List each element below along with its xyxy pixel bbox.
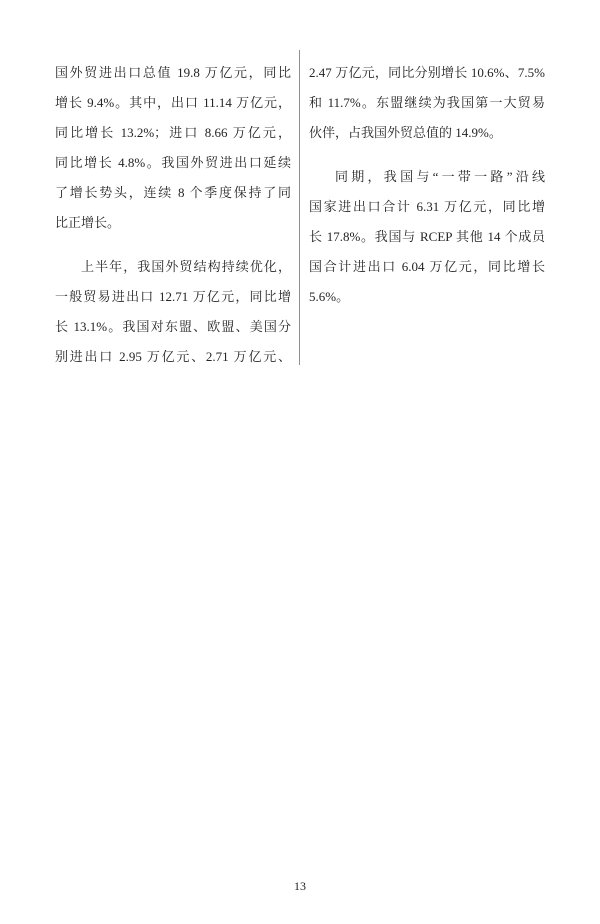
text-line: 和 11.7%。东盟继续为我国第一大贸易: [309, 88, 545, 118]
text-line: 增长 9.4%。其中，出口 11.14 万亿元，: [55, 88, 291, 118]
text-line: 2.47 万亿元，同比分别增长 10.6%、7.5%: [309, 58, 545, 88]
document-page: 国外贸进出口总值 19.8 万亿元，同比增长 9.4%。其中，出口 11.14 …: [0, 0, 600, 924]
text-line: 一般贸易进出口 12.71 万亿元，同比增: [55, 282, 291, 312]
text-line: 同比增长 13.2%；进口 8.66 万亿元，: [55, 118, 291, 148]
text-line: 了增长势头，连续 8 个季度保持了同: [55, 178, 291, 208]
text-line: 别进出口 2.95 万亿元、2.71 万亿元、: [55, 342, 291, 372]
text-line: 伙伴，占我国外贸总值的 14.9%。: [309, 118, 545, 148]
page-number: 13: [0, 879, 600, 893]
paragraph: 同期，我国与“一带一路”沿线国家进出口合计 6.31 万亿元，同比增长 17.8…: [309, 162, 545, 312]
text-line: 同期，我国与“一带一路”沿线: [309, 162, 545, 192]
text-line: 国家进出口合计 6.31 万亿元，同比增: [309, 192, 545, 222]
column-left: 国外贸进出口总值 19.8 万亿元，同比增长 9.4%。其中，出口 11.14 …: [55, 58, 291, 372]
text-line: 国合计进出口 6.04 万亿元，同比增长: [309, 252, 545, 282]
text-line: 5.6%。: [309, 282, 545, 312]
text-line: 国外贸进出口总值 19.8 万亿元，同比: [55, 58, 291, 88]
column-divider: [299, 50, 300, 365]
paragraph: 2.47 万亿元，同比分别增长 10.6%、7.5%和 11.7%。东盟继续为我…: [309, 58, 545, 148]
text-line: 长 17.8%。我国与 RCEP 其他 14 个成员: [309, 222, 545, 252]
text-line: 上半年，我国外贸结构持续优化，: [55, 252, 291, 282]
text-line: 比正增长。: [55, 208, 291, 238]
paragraph: 国外贸进出口总值 19.8 万亿元，同比增长 9.4%。其中，出口 11.14 …: [55, 58, 291, 238]
text-line: 同比增长 4.8%。我国外贸进出口延续: [55, 148, 291, 178]
two-column-layout: 国外贸进出口总值 19.8 万亿元，同比增长 9.4%。其中，出口 11.14 …: [55, 58, 545, 372]
column-right: 2.47 万亿元，同比分别增长 10.6%、7.5%和 11.7%。东盟继续为我…: [309, 58, 545, 372]
text-line: 长 13.1%。我国对东盟、欧盟、美国分: [55, 312, 291, 342]
paragraph: 上半年，我国外贸结构持续优化，一般贸易进出口 12.71 万亿元，同比增长 13…: [55, 252, 291, 372]
